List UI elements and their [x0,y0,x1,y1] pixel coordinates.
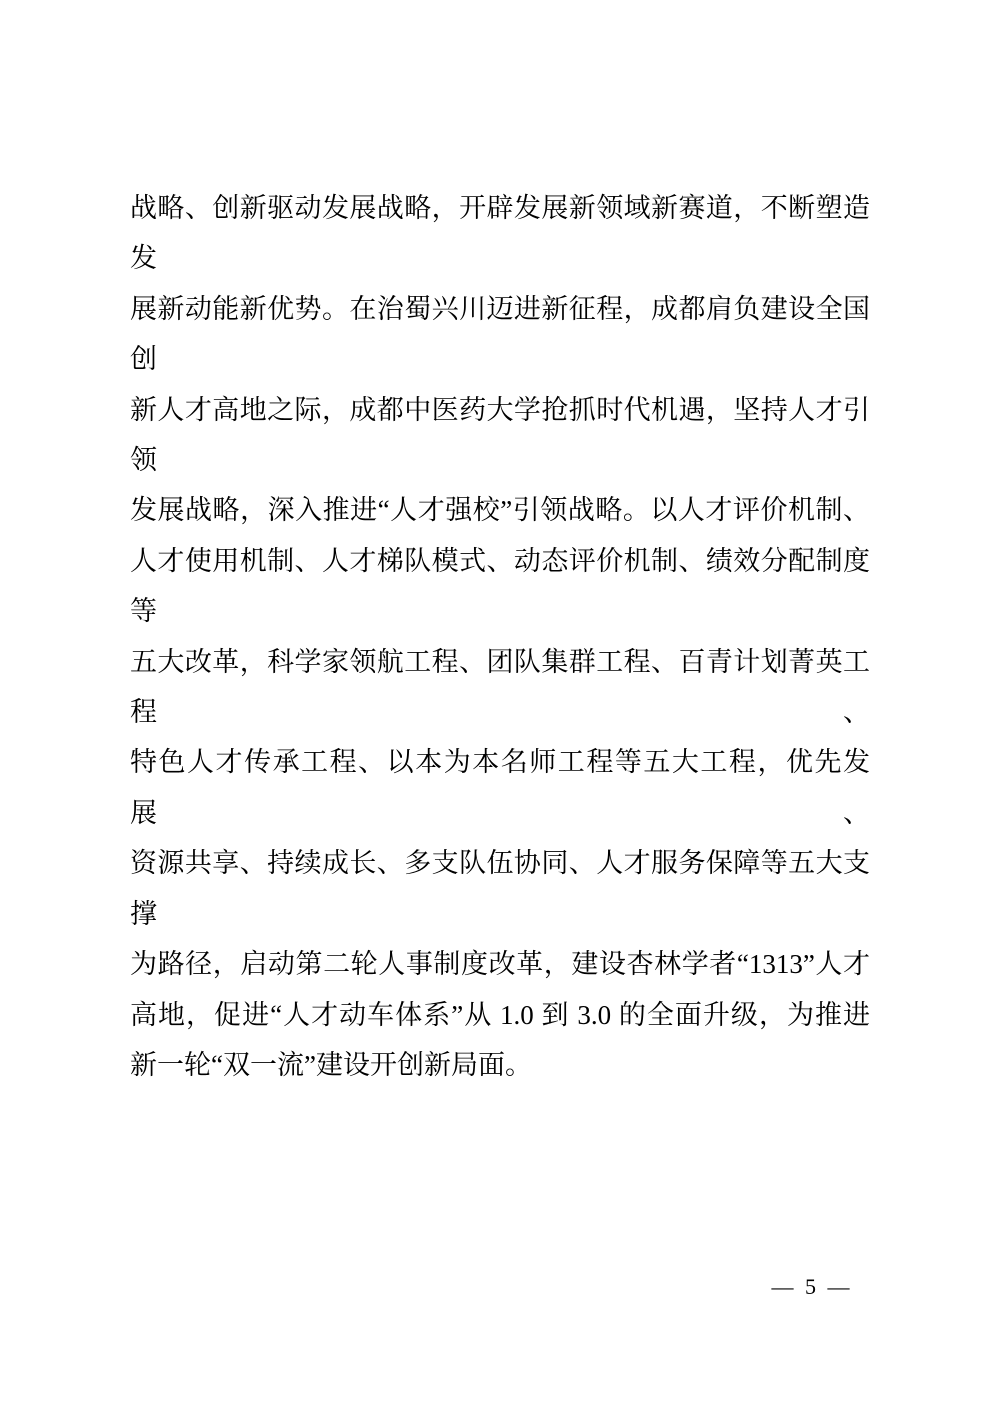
body-line: 人才使用机制、人才梯队模式、动态评价机制、绩效分配制度等 [130,536,870,637]
body-line: 资源共享、持续成长、多支队伍协同、人才服务保障等五大支撑 [130,838,870,939]
body-line: 新人才高地之际，成都中医药大学抢抓时代机遇，坚持人才引领 [130,385,870,486]
body-line: 特色人才传承工程、以本为本名师工程等五大工程，优先发展、 [130,737,870,838]
body-text-block: 战略、创新驱动发展战略，开辟发展新领域新赛道，不断塑造发 展新动能新优势。在治蜀… [130,183,870,1090]
body-line: 发展战略，深入推进“人才强校”引领战略。以人才评价机制、 [130,485,870,535]
body-line: 新一轮“双一流”建设开创新局面。 [130,1040,870,1090]
body-line: 战略、创新驱动发展战略，开辟发展新领域新赛道，不断塑造发 [130,183,870,284]
body-line: 展新动能新优势。在治蜀兴川迈进新征程，成都肩负建设全国创 [130,284,870,385]
page-number: — 5 — [766,1274,858,1300]
body-line: 五大改革，科学家领航工程、团队集群工程、百青计划菁英工程、 [130,637,870,738]
body-line: 为路径，启动第二轮人事制度改革，建设杏林学者“1313”人才 [130,939,870,989]
document-page: 战略、创新驱动发展战略，开辟发展新领域新赛道，不断塑造发 展新动能新优势。在治蜀… [0,0,1000,1415]
body-line: 高地，促进“人才动车体系”从 1.0 到 3.0 的全面升级，为推进 [130,990,870,1040]
